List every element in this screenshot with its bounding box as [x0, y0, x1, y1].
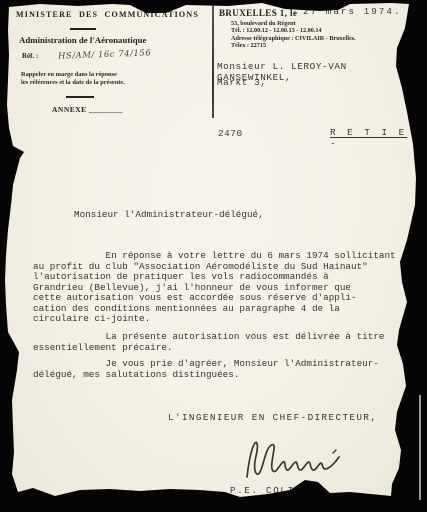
closing-title: L'INGENIEUR EN CHEF-DIRECTEUR,	[168, 412, 377, 423]
reference-value-handwritten: HS/AM/ 16c 74/156	[58, 48, 151, 61]
letterhead-divider-bottom	[66, 96, 94, 98]
text-line: essentiellement précaire.	[33, 343, 384, 354]
body-paragraph-1: En réponse à votre lettre du 6 mars 1974…	[33, 251, 396, 325]
city-line: BRUXELLES 1, le	[219, 8, 297, 18]
text-line: circulaire ci-jointe.	[33, 314, 396, 325]
text-line: l'autorisation de pratiquer les vols rad…	[33, 272, 396, 283]
reply-margin-note: Rappeler en marge dans la réponseles réf…	[21, 71, 125, 86]
recipient-city: R E T I E . -	[330, 127, 427, 149]
letterhead-divider-top	[70, 28, 96, 30]
signature-scrawl-icon	[243, 436, 353, 484]
text-line: En réponse à votre lettre du 6 mars 1974…	[33, 251, 396, 262]
text-line: cette autorisation vous est accordée sou…	[33, 293, 396, 304]
ministry-title: MINISTERE DES COMMUNICATIONS	[16, 10, 199, 19]
recipient-street: Markt 3,	[217, 77, 266, 88]
scanned-letter-photo: MINISTERE DES COMMUNICATIONS Administrat…	[0, 0, 427, 512]
scan-edge-sliver	[419, 395, 421, 500]
reference-label: Réf. :	[22, 52, 38, 60]
paper-crease-line	[212, 5, 214, 118]
text-line: Rappeler en marge dans la réponse	[21, 71, 125, 79]
body-paragraph-2: La présente autorisation vous est délivr…	[33, 332, 384, 353]
text-line: 53, boulevard du Régent	[231, 20, 356, 27]
text-line: Tél. : 12.00.12 - 12.00.13 - 12.00.14	[231, 27, 356, 34]
typed-date: 27 mars 1974.	[303, 6, 402, 17]
recipient-city-name: R E T I E	[330, 127, 407, 138]
office-address: 53, boulevard du RégentTél. : 12.00.12 -…	[231, 20, 356, 49]
annexe-label: ANNEXE ________	[52, 105, 123, 114]
text-line: Je vous prie d'agréer, Monsieur l'Admini…	[33, 359, 379, 370]
text-line: Télex : 22715	[231, 42, 356, 49]
body-paragraph-3: Je vous prie d'agréer, Monsieur l'Admini…	[33, 359, 379, 380]
text-line: La présente autorisation vous est délivr…	[33, 332, 384, 343]
recipient-postal-code: 2470	[218, 128, 243, 139]
text-line: délégué, mes salutations distinguées.	[33, 370, 379, 381]
salutation: Monsieur l'Administrateur-délégué,	[74, 209, 264, 220]
signer-name: P.E. COLIN	[230, 486, 302, 496]
administration-title: Administration de l'Aéronautique	[19, 35, 146, 45]
text-line: les références et la date de la présente…	[21, 79, 125, 87]
text-line: Adresse télégraphique : CIVILAIR - Bruxe…	[231, 35, 356, 42]
